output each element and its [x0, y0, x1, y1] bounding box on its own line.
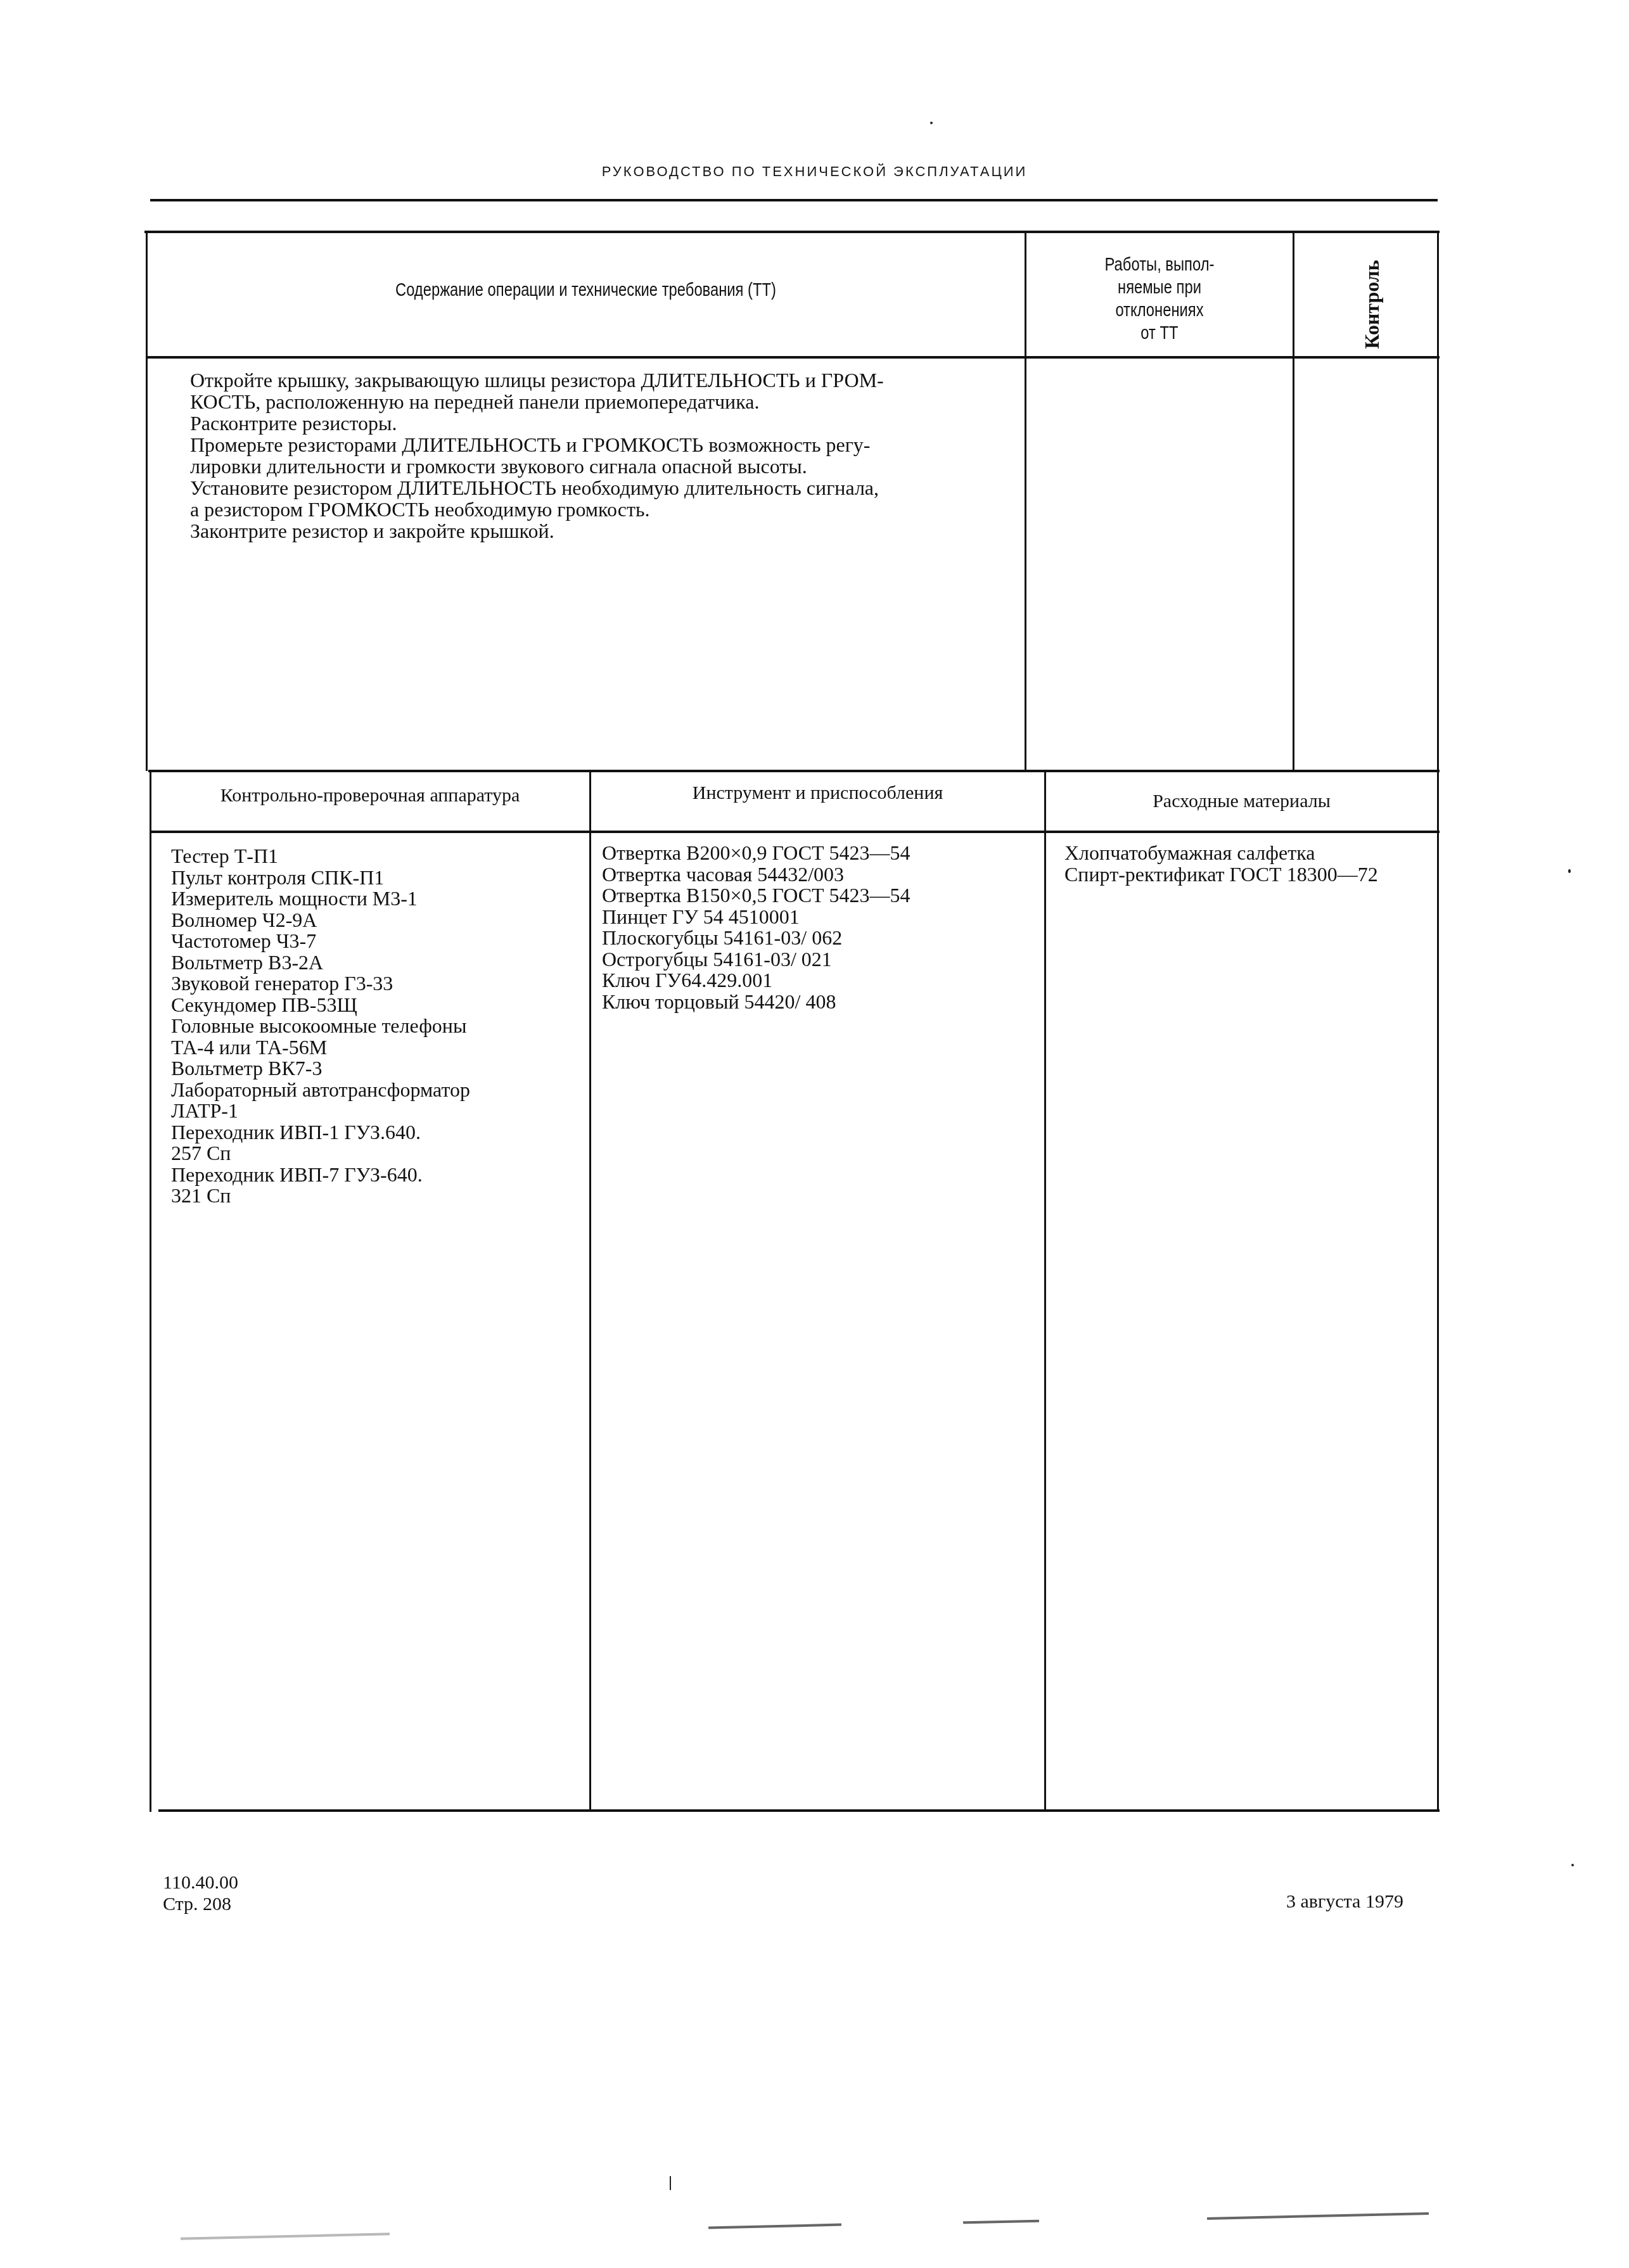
list-item: ЛАТР-1	[171, 1100, 470, 1122]
footer-date: 3 августа 1979	[1286, 1891, 1403, 1913]
column-header-content: Содержание операции и технические требов…	[226, 279, 946, 302]
column-divider	[589, 770, 591, 1812]
list-item: Отвертка часовая 54432/003	[602, 864, 910, 886]
header-rule	[150, 199, 1438, 201]
list-item: 257 Сп	[171, 1143, 470, 1164]
list-item: Спирт-ректификат ГОСТ 18300—72	[1064, 864, 1378, 886]
scan-smudge	[963, 2220, 1039, 2224]
instruction-line: Законтрите резистор и закройте крышкой.	[190, 520, 1020, 542]
list-item: Секундомер ПВ-53Щ	[171, 995, 470, 1016]
list-item: Частотомер Ч3-7	[171, 931, 470, 952]
instruction-line: Откройте крышку, закрывающую шлицы резис…	[190, 369, 1020, 391]
column-header-deviation-work: Работы, выпол- няемые при отклонениях от…	[1051, 253, 1268, 345]
list-item: Плоскогубцы 54161-03/ 062	[602, 927, 910, 949]
instruction-line: Промерьте резисторами ДЛИТЕЛЬНОСТЬ и ГРО…	[190, 434, 1020, 456]
column-divider	[1025, 231, 1026, 771]
list-item: Пинцет ГУ 54 4510001	[602, 907, 910, 928]
tools-list: Отвертка В200×0,9 ГОСТ 5423—54 Отвертка …	[602, 843, 910, 1012]
resources-border-right	[1437, 770, 1439, 1812]
column-header-consumables: Расходные материалы	[1046, 790, 1437, 813]
instruction-line: лировки длительности и громкости звуково…	[190, 456, 1020, 477]
running-title: РУКОВОДСТВО ПО ТЕХНИЧЕСКОЙ ЭКСПЛУАТАЦИИ	[0, 163, 1629, 180]
page-number: Стр. 208	[163, 1894, 238, 1915]
resources-header-divider	[150, 831, 1440, 833]
list-item: Переходник ИВП-7 ГУЗ-640.	[171, 1164, 470, 1186]
scan-speck	[1568, 869, 1571, 873]
operation-instructions: Откройте крышку, закрывающую шлицы резис…	[190, 369, 1020, 542]
scan-smudge	[708, 2224, 841, 2229]
list-item: 321 Сп	[171, 1185, 470, 1207]
table-border-right	[1437, 231, 1439, 771]
list-item: Тестер Т-П1	[171, 846, 470, 867]
instruction-line: Расконтрите резисторы.	[190, 412, 1020, 434]
list-item: Переходник ИВП-1 ГУЗ.640.	[171, 1122, 470, 1144]
resources-border-top	[148, 770, 1440, 772]
doc-code: 110.40.00	[163, 1872, 238, 1894]
scan-speck	[670, 2176, 671, 2190]
list-item: Острогубцы 54161-03/ 021	[602, 949, 910, 971]
column-header-control: Контроль	[1337, 241, 1407, 367]
column-header-tools: Инструмент и приспособления	[591, 782, 1044, 805]
scan-smudge	[181, 2233, 390, 2239]
list-item: Ключ торцовый 54420/ 408	[602, 991, 910, 1013]
footer-doc-info: 110.40.00 Стр. 208	[163, 1872, 238, 1915]
list-item: Звуковой генератор Г3-33	[171, 973, 470, 995]
scan-speck	[930, 122, 933, 124]
column-divider	[1293, 231, 1294, 771]
list-item: Лабораторный автотрансформатор	[171, 1080, 470, 1101]
test-equipment-list: Тестер Т-П1 Пульт контроля СПК-П1 Измери…	[171, 846, 470, 1207]
instruction-line: Установите резистором ДЛИТЕЛЬНОСТЬ необх…	[190, 477, 1020, 499]
table-header-divider	[146, 356, 1440, 359]
list-item: Хлопчатобумажная салфетка	[1064, 843, 1378, 864]
column-divider	[1044, 770, 1046, 1812]
scan-speck	[1571, 1864, 1574, 1866]
list-item: Вольтметр ВК7-3	[171, 1058, 470, 1080]
list-item: Ключ ГУ64.429.001	[602, 970, 910, 991]
table-border-top	[144, 231, 1440, 233]
list-item: Пульт контроля СПК-П1	[171, 867, 470, 889]
resources-border-bottom	[158, 1809, 1440, 1812]
list-item: Вольтметр В3-2А	[171, 952, 470, 974]
column-header-test-equipment: Контрольно-проверочная аппаратура	[151, 784, 589, 807]
list-item: Измеритель мощности М3-1	[171, 888, 470, 910]
consumables-list: Хлопчатобумажная салфетка Спирт-ректифик…	[1064, 843, 1378, 885]
list-item: Головные высокоомные телефоны	[171, 1016, 470, 1037]
list-item: Отвертка В150×0,5 ГОСТ 5423—54	[602, 885, 910, 907]
table-border-left	[146, 231, 148, 771]
instruction-line: КОСТЬ, расположенную на передней панели …	[190, 391, 1020, 412]
list-item: Волномер Ч2-9А	[171, 910, 470, 931]
list-item: ТА-4 или ТА-56М	[171, 1037, 470, 1059]
list-item: Отвертка В200×0,9 ГОСТ 5423—54	[602, 843, 910, 864]
scan-smudge	[1207, 2212, 1429, 2220]
resources-border-left	[150, 770, 151, 1812]
instruction-line: а резистором ГРОМКОСТЬ необходимую громк…	[190, 499, 1020, 520]
